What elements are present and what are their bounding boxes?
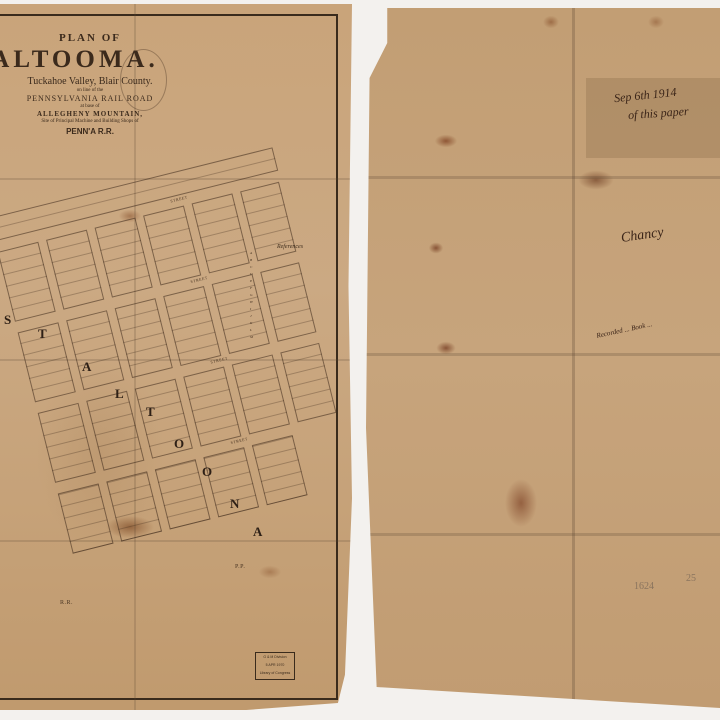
reference-item: B: [250, 257, 330, 264]
fold-line: [366, 176, 720, 179]
lot-block: [232, 354, 290, 434]
title-line: on line of the: [0, 88, 180, 93]
town-letter: N: [230, 496, 239, 512]
reference-item: L: [250, 327, 330, 334]
lot-block: [66, 310, 124, 390]
lot-block: [192, 193, 250, 273]
reference-item: D: [250, 271, 330, 278]
reference-item: E: [250, 278, 330, 285]
reference-item: K: [250, 320, 330, 327]
handwritten-record-note: Recorded ... Book ...: [596, 320, 653, 340]
town-letter: L: [115, 386, 124, 402]
lot-block: [0, 242, 56, 322]
title-line: at base of: [0, 104, 180, 109]
stamp-line: G & M Division: [256, 653, 294, 661]
map-front-sheet: PLAN OF ALTOOMA. Tuckahoe Valley, Blair …: [0, 4, 352, 710]
handwritten-signature: Chancy: [620, 225, 665, 247]
reference-item: C: [250, 264, 330, 271]
lot-block: [106, 471, 162, 541]
reference-item: A: [250, 250, 330, 257]
reference-item: F: [250, 285, 330, 292]
lot-block: [163, 286, 221, 366]
town-letter: A: [253, 524, 262, 540]
title-line: Tuckahoe Valley, Blair County.: [0, 76, 180, 87]
pencil-number: 1624: [634, 581, 654, 592]
reference-item: M: [250, 334, 330, 341]
pencil-number: 25: [686, 573, 696, 584]
lot-block: [280, 343, 336, 423]
town-letter: T: [38, 326, 47, 342]
reference-item: G: [250, 292, 330, 299]
title-town-name: ALTOOMA.: [0, 46, 180, 74]
lot-block: [115, 298, 173, 378]
lot-block: [252, 435, 308, 505]
town-letter: A: [82, 359, 91, 375]
pp-label: P.P.: [235, 564, 245, 570]
library-stamp: G & M Division 5 APR 1970 Library of Con…: [255, 652, 295, 680]
map-title-block: PLAN OF ALTOOMA. Tuckahoe Valley, Blair …: [0, 32, 180, 136]
title-line: PENNSYLVANIA RAIL ROAD: [0, 94, 180, 103]
town-letter: O: [174, 436, 184, 452]
references-legend: References A B C D E F G H I J K L M: [250, 244, 330, 341]
lot-block: [143, 205, 201, 285]
lot-block: [38, 403, 96, 483]
lot-block: [86, 391, 144, 471]
fold-line: [366, 353, 720, 356]
reference-item: H: [250, 299, 330, 306]
lot-block: [58, 483, 114, 553]
reference-item: J: [250, 313, 330, 320]
town-letter: O: [202, 464, 212, 480]
lot-block: [46, 230, 104, 310]
lot-block: [183, 367, 241, 447]
reference-item: I: [250, 306, 330, 313]
title-line: PLAN OF: [0, 32, 180, 44]
title-line: Site of Principal Machine and Building S…: [0, 119, 180, 124]
lot-block: [95, 218, 153, 298]
fold-line: [572, 8, 575, 708]
title-line: ALLEGHENY MOUNTAIN,: [0, 110, 180, 118]
town-letter: S: [4, 312, 11, 328]
town-letter: T: [146, 404, 155, 420]
railroad-label: R.R.: [60, 600, 73, 606]
map-back-sheet: Sep 6th 1914 of this paper Chancy Record…: [366, 8, 720, 708]
stamp-line: Library of Congress: [256, 669, 294, 677]
lot-block: [135, 379, 193, 459]
fold-line: [366, 533, 720, 536]
stamp-line: 5 APR 1970: [256, 661, 294, 669]
